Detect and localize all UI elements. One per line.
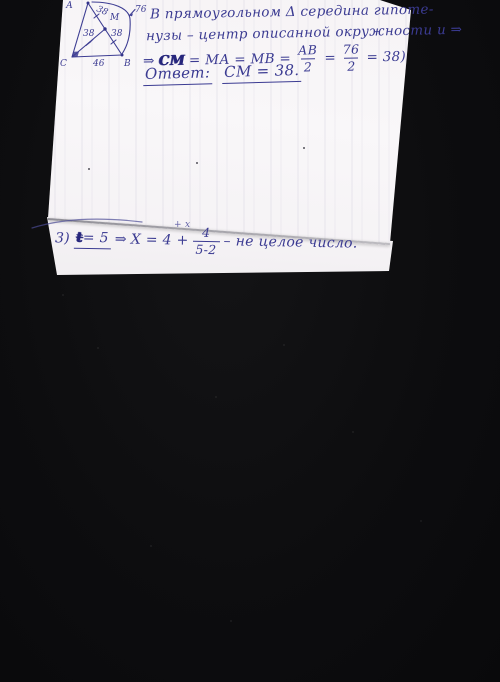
length-ab-label: 76 [135, 5, 147, 15]
dust-speck [88, 168, 90, 170]
vertex-a-label: А [65, 1, 73, 11]
side-cb [72, 55, 122, 57]
vertex-c-label: С [60, 59, 67, 69]
length-cb-label: 46 [92, 59, 105, 69]
geometry-diagram: А С В М 38 38 38 46 76 [55, 0, 155, 70]
dust-speck [196, 162, 198, 164]
length-cm-label: 38 [83, 29, 95, 39]
dust-speck [303, 147, 305, 149]
note-conclusion: – не целое число. [223, 233, 357, 252]
equation-value: = 5 [83, 229, 109, 245]
fraction-4-over-5-2: 4 5-2 [192, 227, 220, 256]
dust-speck [215, 396, 217, 398]
fraction-denominator: 2 [344, 57, 359, 73]
fraction-numerator: 4 [199, 227, 213, 241]
dust-speck [150, 545, 152, 547]
dust-speck [97, 347, 99, 349]
dust-speck [283, 344, 285, 346]
vertex-a-dot [87, 2, 90, 5]
answer-label: Ответ: [143, 63, 213, 86]
answer-value: СМ = 38. [222, 61, 302, 84]
tick-mb [111, 40, 116, 44]
dust-speck [230, 620, 232, 622]
note-line: 3) t= 5 ⇒ Х = 4 + 4 5-2 – не целое число… [55, 224, 358, 258]
fraction-numerator: 76 [340, 43, 363, 57]
note-expression: Х = 4 + [131, 232, 189, 250]
midpoint-m-dot [103, 27, 106, 30]
answer-line: Ответ: СМ = 38. [143, 61, 302, 86]
result-text: = 38) [366, 49, 406, 66]
midpoint-m-label: М [109, 13, 120, 23]
equals-sign: = [324, 50, 336, 66]
correction-mark: + х [174, 220, 190, 231]
dust-speck [352, 431, 354, 433]
fraction-numerator: АВ [295, 44, 320, 58]
length-mb-label: 38 [111, 29, 123, 39]
vertex-b-label: В [123, 59, 131, 69]
fraction-76-over-2: 76 2 [340, 43, 363, 72]
fraction-denominator: 2 [301, 58, 316, 74]
photo-of-handwritten-notes: А С В М 38 38 38 46 76 В прямоугольном Δ… [0, 0, 500, 682]
fraction-denominator: 5-2 [192, 240, 219, 256]
note-arrow: ⇒ [115, 231, 127, 248]
tick-cm-2 [88, 40, 93, 44]
item-number: 3) [55, 230, 70, 247]
underlined-equation: t= 5 [74, 229, 111, 249]
dust-speck [62, 294, 64, 296]
dust-speck [420, 520, 422, 522]
